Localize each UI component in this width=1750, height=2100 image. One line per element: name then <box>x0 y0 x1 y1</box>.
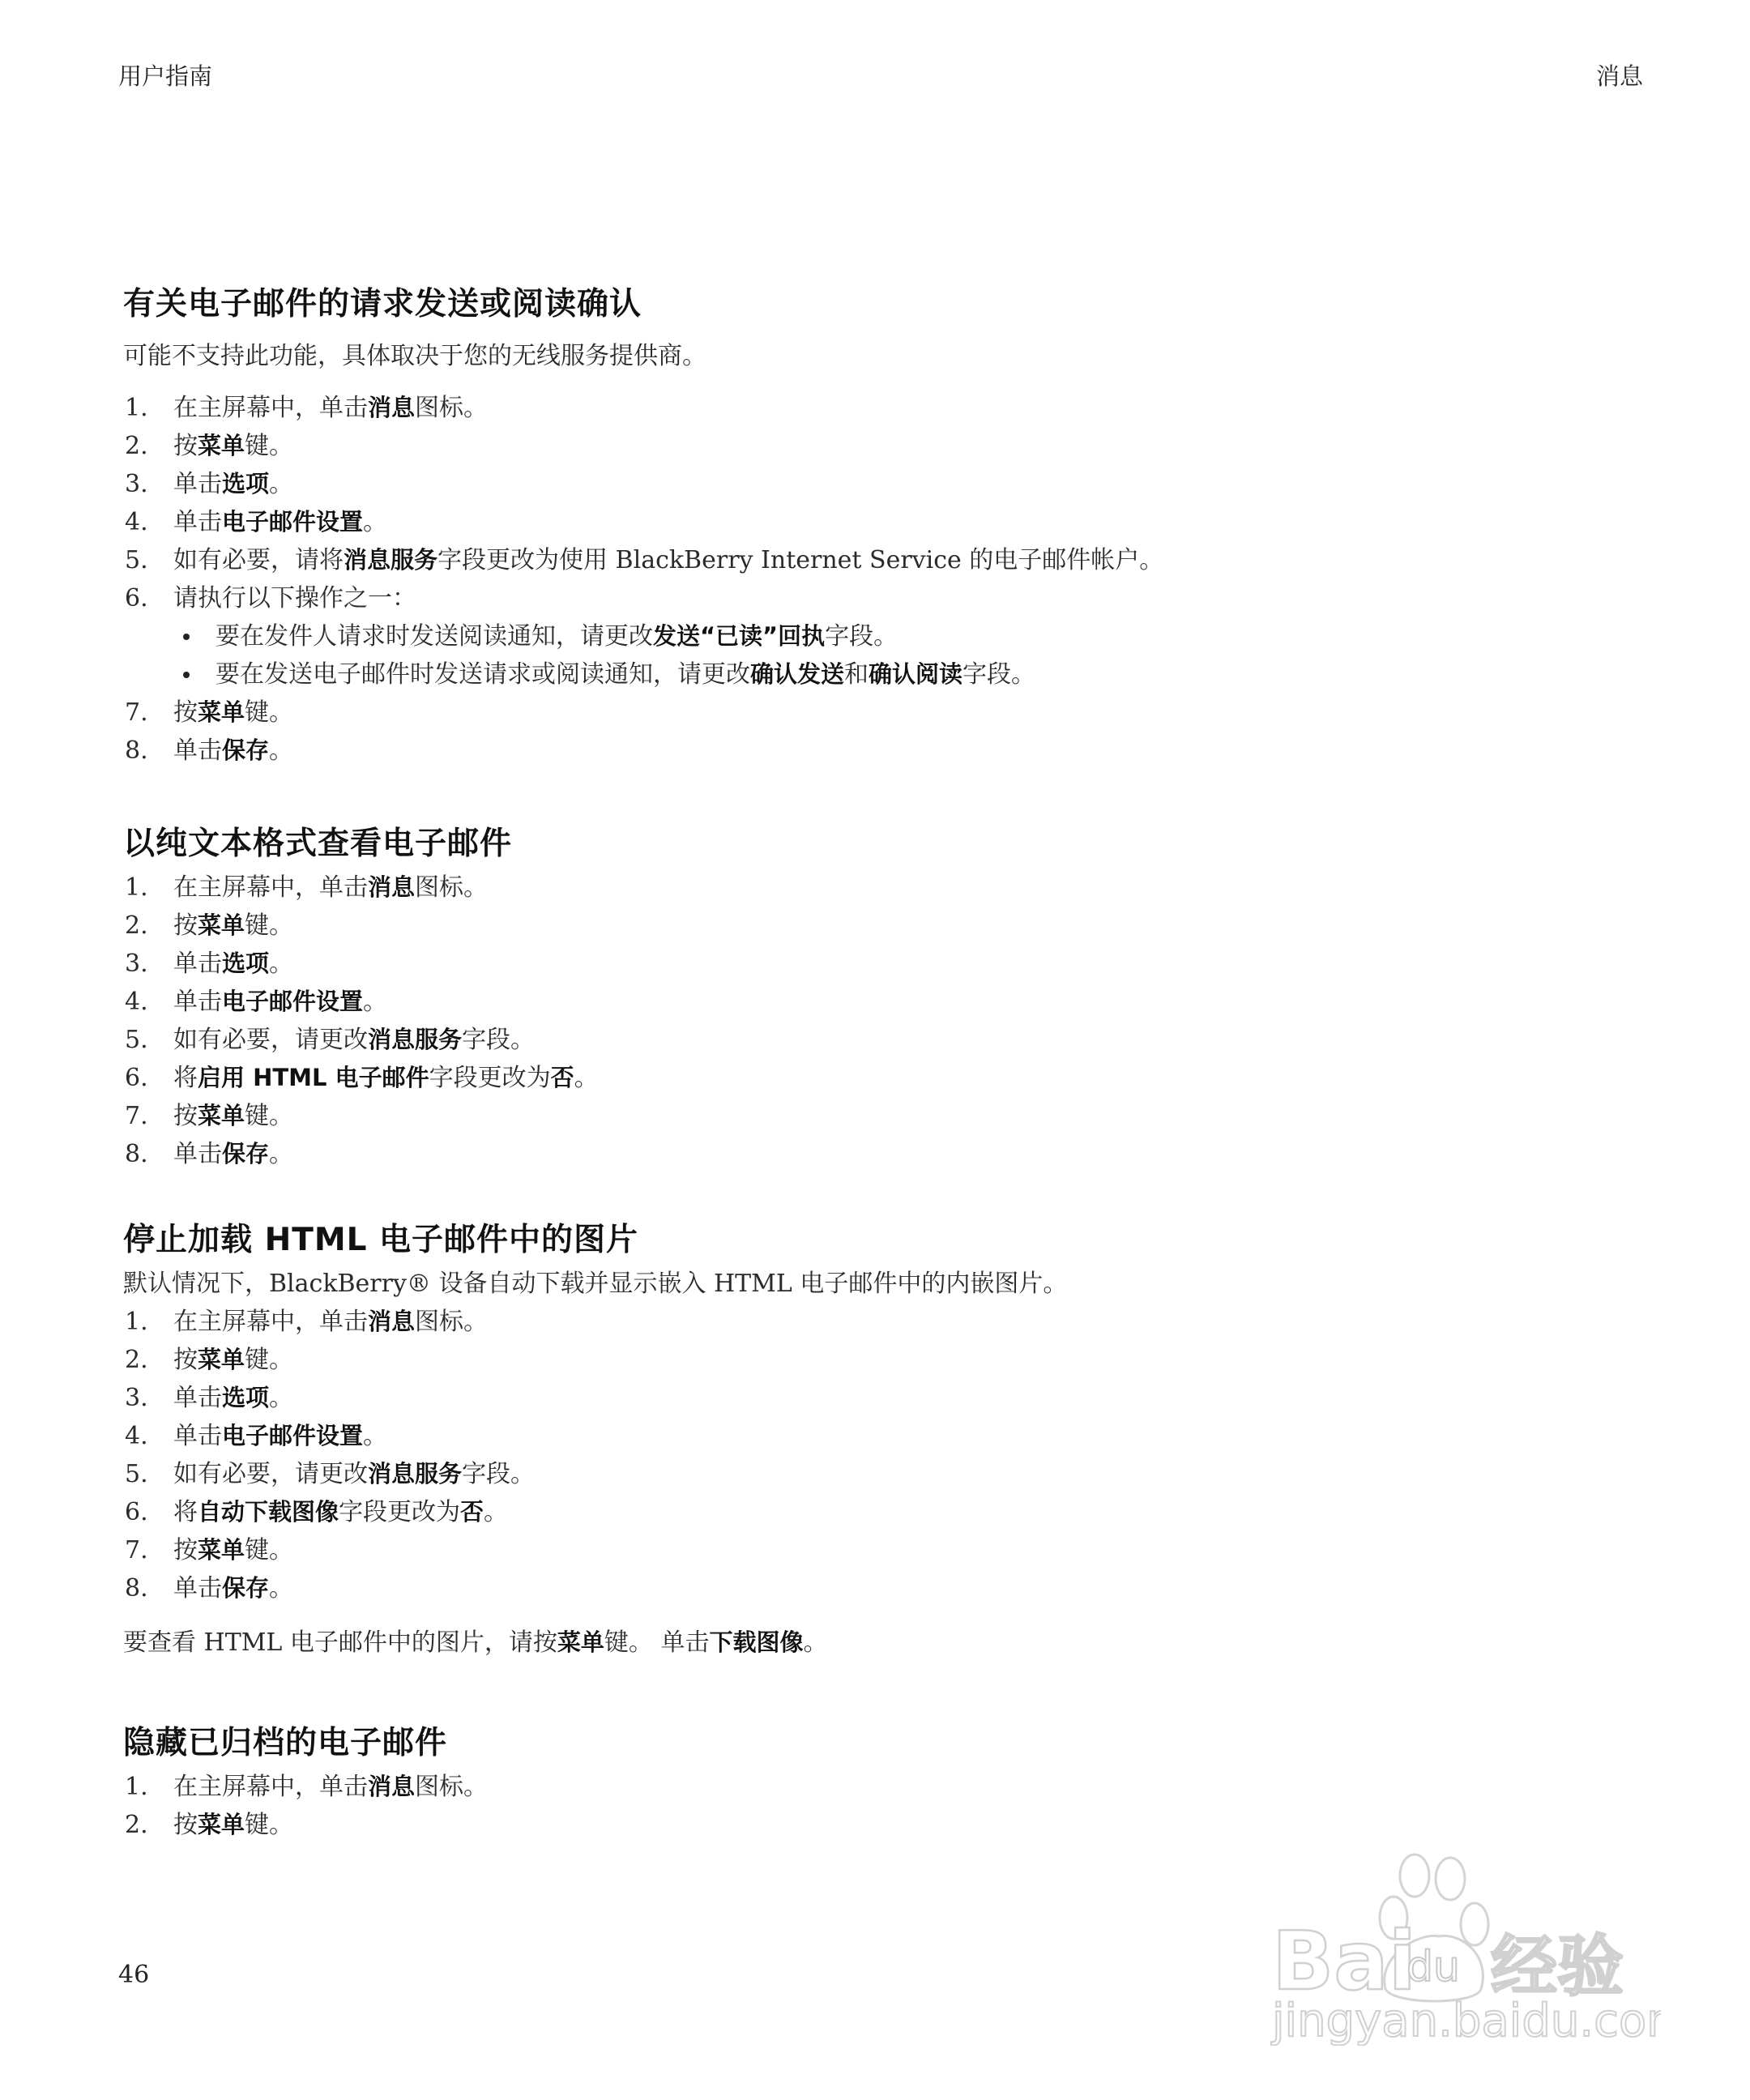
step-item: 2.按菜单键。 <box>123 1806 1662 1844</box>
step-number: 1. <box>125 869 148 907</box>
step-item: 8.单击保存。 <box>123 732 1662 770</box>
text-run: 。 <box>363 988 387 1016</box>
text-run: 字段。 <box>462 1026 535 1054</box>
step-item: 6.将自动下载图像字段更改为否。 <box>123 1493 1662 1531</box>
steps-list: 1.在主屏幕中，单击消息图标。2.按菜单键。 <box>123 1768 1662 1844</box>
step-number: 1. <box>125 1768 148 1806</box>
text-run: 请执行以下操作之一： <box>173 584 416 612</box>
text-run: 键。 <box>245 1536 293 1564</box>
text-run: 如有必要，请更改 <box>173 1460 368 1488</box>
step-number: 2. <box>125 1806 148 1844</box>
step-number: 3. <box>125 465 148 503</box>
running-header-chapter: 消息 <box>1596 58 1643 92</box>
text-run: 按 <box>173 698 198 727</box>
text-run: 和 <box>844 660 869 689</box>
ui-term: 启用 HTML 电子邮件 <box>198 1064 429 1091</box>
step-number: 2. <box>125 1341 148 1379</box>
ui-term: 电子邮件设置 <box>222 508 363 536</box>
text-run: 单击 <box>173 470 222 498</box>
text-run: 字段更改为 <box>339 1498 460 1526</box>
text-run: 单击 <box>173 736 222 765</box>
step-number: 6. <box>125 579 148 617</box>
section-heading: 有关电子邮件的请求发送或阅读确认 <box>123 280 1662 329</box>
page-number: 46 <box>118 1961 149 1989</box>
ui-term: 下载图像 <box>709 1628 803 1656</box>
section-heading: 隐藏已归档的电子邮件 <box>123 1719 1662 1768</box>
ui-term: 消息 <box>368 1308 415 1335</box>
text-run: 。 <box>363 1422 387 1450</box>
section-description: 可能不支持此功能，具体取决于您的无线服务提供商。 <box>123 337 1662 375</box>
ui-term: 自动下载图像 <box>198 1498 339 1526</box>
step-item: 7.按菜单键。 <box>123 694 1662 732</box>
text-run: 单击 <box>173 950 222 978</box>
ui-term: 消息 <box>368 1773 415 1800</box>
steps-list: 1.在主屏幕中，单击消息图标。2.按菜单键。3.单击选项。4.单击电子邮件设置。… <box>123 389 1662 770</box>
step-item: 1.在主屏幕中，单击消息图标。 <box>123 1303 1662 1341</box>
text-run: 。 <box>269 736 293 765</box>
ui-term: 消息服务 <box>344 546 437 574</box>
step-item: 4.单击电子邮件设置。 <box>123 983 1662 1021</box>
section-heading: 以纯文本格式查看电子邮件 <box>123 820 1662 869</box>
step-item: 4.单击电子邮件设置。 <box>123 1417 1662 1455</box>
ui-term: 菜单 <box>198 1102 245 1129</box>
text-run: 按 <box>173 911 198 940</box>
text-run: 按 <box>173 1811 198 1839</box>
bullet-item: 要在发送电子邮件时发送请求或阅读通知，请更改确认发送和确认阅读字段。 <box>123 655 1662 694</box>
text-run: 图标。 <box>415 1773 488 1801</box>
text-run: 。 <box>269 1574 293 1603</box>
ui-term: 电子邮件设置 <box>222 988 363 1015</box>
text-run: 按 <box>173 1536 198 1564</box>
text-run: 。 <box>363 508 387 536</box>
watermark-url: jingyan.baidu.com <box>1270 1995 1661 2046</box>
text-run: 键。 <box>245 1811 293 1839</box>
text-run: 在主屏幕中，单击 <box>173 1308 368 1336</box>
step-number: 6. <box>125 1059 148 1097</box>
text-run: 将 <box>173 1498 198 1526</box>
ui-term: 选项 <box>222 950 269 977</box>
text-run: 键。 <box>245 911 293 940</box>
text-run: 图标。 <box>415 394 488 422</box>
step-item: 1.在主屏幕中，单击消息图标。 <box>123 389 1662 427</box>
text-run: 要在发件人请求时发送阅读通知，请更改 <box>216 622 653 651</box>
text-run: 字段。 <box>962 660 1035 689</box>
text-run: 图标。 <box>415 1308 488 1336</box>
ui-term: 否 <box>460 1498 484 1526</box>
text-run: 要在发送电子邮件时发送请求或阅读通知，请更改 <box>216 660 750 689</box>
text-run: 单击 <box>173 988 222 1016</box>
text-run: 字段。 <box>825 622 898 651</box>
ui-term: 菜单 <box>198 1811 245 1838</box>
text-run: 键。 <box>245 1346 293 1374</box>
step-item: 5.如有必要，请更改消息服务字段。 <box>123 1455 1662 1493</box>
step-item: 8.单击保存。 <box>123 1135 1662 1173</box>
step-item: 3.单击选项。 <box>123 465 1662 503</box>
text-run: 。 <box>484 1498 508 1526</box>
step-number: 1. <box>125 389 148 427</box>
text-run: 字段。 <box>462 1460 535 1488</box>
step-number: 7. <box>125 694 148 732</box>
step-number: 8. <box>125 732 148 770</box>
text-run: 如有必要，请将 <box>173 546 344 574</box>
step-number: 8. <box>125 1135 148 1173</box>
ui-term: 菜单 <box>198 432 245 459</box>
text-run: 键。 <box>245 1102 293 1130</box>
step-item: 1.在主屏幕中，单击消息图标。 <box>123 1768 1662 1806</box>
text-run: 在主屏幕中，单击 <box>173 1773 368 1801</box>
step-item: 3.单击选项。 <box>123 945 1662 983</box>
step-item: 7.按菜单键。 <box>123 1097 1662 1135</box>
text-run: 单击 <box>173 1422 222 1450</box>
steps-list: 1.在主屏幕中，单击消息图标。2.按菜单键。3.单击选项。4.单击电子邮件设置。… <box>123 1303 1662 1607</box>
step-item: 3.单击选项。 <box>123 1379 1662 1417</box>
ui-term: 选项 <box>222 470 269 497</box>
section-plain-text: 以纯文本格式查看电子邮件 1.在主屏幕中，单击消息图标。2.按菜单键。3.单击选… <box>123 820 1662 1173</box>
step-number: 3. <box>125 1379 148 1417</box>
sub-bullet-list: 要在发件人请求时发送阅读通知，请更改发送“已读”回执字段。要在发送电子邮件时发送… <box>123 617 1662 694</box>
section-note: 要查看 HTML 电子邮件中的图片，请按菜单键。 单击下载图像。 <box>123 1624 1662 1662</box>
text-run: 单击 <box>173 1384 222 1412</box>
step-item: 4.单击电子邮件设置。 <box>123 503 1662 541</box>
ui-term: 菜单 <box>198 1536 245 1564</box>
step-number: 2. <box>125 907 148 945</box>
text-run: 在主屏幕中，单击 <box>173 873 368 902</box>
ui-term: 菜单 <box>198 698 245 726</box>
text-run: 按 <box>173 1346 198 1374</box>
text-run: 单击 <box>173 508 222 536</box>
running-header-title: 用户指南 <box>118 58 212 92</box>
step-number: 5. <box>125 541 148 579</box>
ui-term: 保存 <box>222 736 269 764</box>
text-run: 。 <box>269 470 293 498</box>
ui-term: 菜单 <box>557 1628 604 1656</box>
bullet-dot-icon <box>183 672 190 678</box>
section-heading: 停止加载 HTML 电子邮件中的图片 <box>123 1216 1662 1265</box>
ui-term: 否 <box>551 1064 574 1091</box>
baidu-watermark-logo: Bai du 经验 jingyan.baidu.com <box>1248 1843 1661 2046</box>
step-item: 5.如有必要，请更改消息服务字段。 <box>123 1021 1662 1059</box>
ui-term: 消息 <box>368 394 415 421</box>
step-number: 4. <box>125 503 148 541</box>
text-run: 图标。 <box>415 873 488 902</box>
step-item: 8.单击保存。 <box>123 1569 1662 1607</box>
step-number: 8. <box>125 1569 148 1607</box>
bullet-dot-icon <box>183 634 190 640</box>
section-hide-archived: 隐藏已归档的电子邮件 1.在主屏幕中，单击消息图标。2.按菜单键。 <box>123 1719 1662 1844</box>
ui-term: 发送“已读”回执 <box>653 622 825 650</box>
step-item: 5.如有必要，请将消息服务字段更改为使用 BlackBerry Internet… <box>123 541 1662 579</box>
step-item: 2.按菜单键。 <box>123 1341 1662 1379</box>
ui-term: 确认发送 <box>750 660 844 688</box>
text-run: 要查看 HTML 电子邮件中的图片，请按 <box>123 1628 557 1657</box>
ui-term: 保存 <box>222 1140 269 1167</box>
text-run: 单击 <box>173 1574 222 1603</box>
ui-term: 消息服务 <box>368 1460 462 1487</box>
ui-term: 确认阅读 <box>869 660 962 688</box>
text-run: 键。 单击 <box>604 1628 710 1657</box>
text-run: 按 <box>173 1102 198 1130</box>
step-number: 4. <box>125 983 148 1021</box>
watermark-brand-cn: 经验 <box>1491 1928 1624 2005</box>
ui-term: 消息 <box>368 873 415 901</box>
ui-term: 电子邮件设置 <box>222 1422 363 1449</box>
ui-term: 菜单 <box>198 1346 245 1373</box>
section-read-receipts: 有关电子邮件的请求发送或阅读确认 可能不支持此功能，具体取决于您的无线服务提供商… <box>123 280 1662 770</box>
step-number: 5. <box>125 1021 148 1059</box>
step-number: 1. <box>125 1303 148 1341</box>
text-run: 字段更改为使用 BlackBerry Internet Service 的电子邮… <box>437 546 1163 574</box>
text-run: 在主屏幕中，单击 <box>173 394 368 422</box>
text-run: 单击 <box>173 1140 222 1168</box>
bullet-item: 要在发件人请求时发送阅读通知，请更改发送“已读”回执字段。 <box>123 617 1662 655</box>
step-number: 5. <box>125 1455 148 1493</box>
step-number: 4. <box>125 1417 148 1455</box>
text-run: 。 <box>269 1140 293 1168</box>
text-run: 。 <box>803 1628 827 1657</box>
text-run: 字段更改为 <box>429 1064 551 1092</box>
step-item: 1.在主屏幕中，单击消息图标。 <box>123 869 1662 907</box>
text-run: 按 <box>173 432 198 460</box>
step-number: 3. <box>125 945 148 983</box>
ui-term: 消息服务 <box>368 1026 462 1053</box>
section-stop-images: 停止加载 HTML 电子邮件中的图片 默认情况下，BlackBerry® 设备自… <box>123 1216 1662 1662</box>
ui-term: 保存 <box>222 1574 269 1602</box>
text-run: 如有必要，请更改 <box>173 1026 368 1054</box>
step-item: 6.将启用 HTML 电子邮件字段更改为否。 <box>123 1059 1662 1097</box>
text-run: 将 <box>173 1064 198 1092</box>
ui-term: 菜单 <box>198 911 245 939</box>
text-run: 。 <box>269 1384 293 1412</box>
section-description: 默认情况下，BlackBerry® 设备自动下载并显示嵌入 HTML 电子邮件中… <box>123 1265 1662 1303</box>
text-run: 键。 <box>245 432 293 460</box>
step-item: 7.按菜单键。 <box>123 1531 1662 1569</box>
step-item: 6.请执行以下操作之一： <box>123 579 1662 617</box>
text-run: 键。 <box>245 698 293 727</box>
step-number: 2. <box>125 427 148 465</box>
step-number: 7. <box>125 1531 148 1569</box>
steps-list: 1.在主屏幕中，单击消息图标。2.按菜单键。3.单击选项。4.单击电子邮件设置。… <box>123 869 1662 1173</box>
step-item: 2.按菜单键。 <box>123 427 1662 465</box>
text-run: 。 <box>574 1064 599 1092</box>
text-run: 。 <box>269 950 293 978</box>
step-number: 6. <box>125 1493 148 1531</box>
step-item: 2.按菜单键。 <box>123 907 1662 945</box>
watermark-du: du <box>1406 1943 1460 1991</box>
ui-term: 选项 <box>222 1384 269 1411</box>
step-number: 7. <box>125 1097 148 1135</box>
